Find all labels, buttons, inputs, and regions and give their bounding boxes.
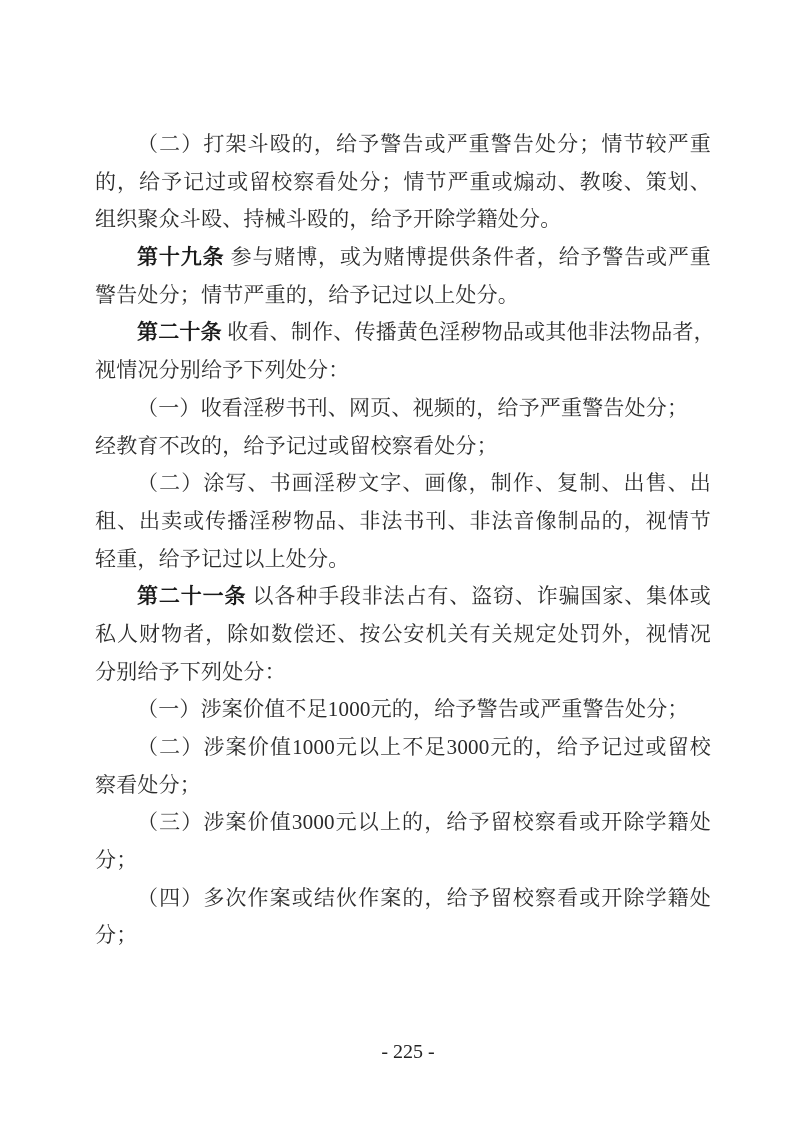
text-line: 察看处分；: [95, 767, 711, 805]
line-text: 租、出卖或传播淫秽物品、非法书刊、非法音像制品的，视情节: [95, 509, 711, 533]
line-text: 分别给予下列处分：: [95, 660, 286, 684]
line-text: 分；: [95, 848, 137, 872]
line-text: 组织聚众斗殴、持械斗殴的，给予开除学籍处分。: [95, 207, 561, 231]
line-text: （三）涉案价值3000元以上的，给予留校察看或开除学籍处: [137, 810, 711, 834]
text-line: （二）涉案价值1000元以上不足3000元的，给予记过或留校: [95, 729, 711, 767]
article-number: 第十九条: [137, 245, 224, 269]
page-number: - 225 -: [0, 1040, 800, 1064]
line-text: 视情况分别给予下列处分：: [95, 358, 349, 382]
text-line: （三）涉案价值3000元以上的，给予留校察看或开除学籍处: [95, 804, 711, 842]
line-text: 私人财物者，除如数偿还、按公安机关有关规定处罚外，视情况: [95, 622, 711, 646]
line-text: 经教育不改的，给予记过或留校察看处分；: [95, 434, 498, 458]
line-text: 察看处分；: [95, 773, 201, 797]
line-text: 警告处分；情节严重的，给予记过以上处分。: [95, 283, 519, 307]
text-line: （二）打架斗殴的，给予警告或严重警告处分；情节较严重: [95, 126, 711, 164]
text-line: 第二十条 收看、制作、传播黄色淫秽物品或其他非法物品者，: [95, 314, 711, 352]
text-line: 警告处分；情节严重的，给予记过以上处分。: [95, 277, 711, 315]
text-line: （一）收看淫秽书刊、网页、视频的，给予严重警告处分；: [95, 390, 711, 428]
text-line: 第十九条 参与赌博，或为赌博提供条件者，给予警告或严重: [95, 239, 711, 277]
text-line: 视情况分别给予下列处分：: [95, 352, 711, 390]
article-number: 第二十一条: [137, 584, 246, 608]
text-line: 第二十一条 以各种手段非法占有、盗窃、诈骗国家、集体或: [95, 578, 711, 616]
line-text: （二）涉案价值1000元以上不足3000元的，给予记过或留校: [137, 735, 711, 759]
text-line: （二）涂写、书画淫秽文字、画像，制作、复制、出售、出: [95, 465, 711, 503]
line-text: （二）涂写、书画淫秽文字、画像，制作、复制、出售、出: [137, 471, 711, 495]
line-text: 轻重，给予记过以上处分。: [95, 547, 349, 571]
line-text: （一）涉案价值不足1000元的，给予警告或严重警告处分；: [137, 697, 689, 721]
text-line: 租、出卖或传播淫秽物品、非法书刊、非法音像制品的，视情节: [95, 503, 711, 541]
line-text: 分；: [95, 923, 137, 947]
text-line: 私人财物者，除如数偿还、按公安机关有关规定处罚外，视情况: [95, 616, 711, 654]
document-text-block: （二）打架斗殴的，给予警告或严重警告处分；情节较严重的，给予记过或留校察看处分；…: [95, 126, 711, 955]
text-line: （一）涉案价值不足1000元的，给予警告或严重警告处分；: [95, 691, 711, 729]
line-text: 的，给予记过或留校察看处分；情节严重或煽动、教唆、策划、: [95, 170, 711, 194]
line-text: （一）收看淫秽书刊、网页、视频的，给予严重警告处分；: [137, 396, 688, 420]
line-text: 参与赌博，或为赌博提供条件者，给予警告或严重: [231, 245, 711, 269]
line-text: （四）多次作案或结伙作案的，给予留校察看或开除学籍处: [137, 886, 711, 910]
line-text: （二）打架斗殴的，给予警告或严重警告处分；情节较严重: [137, 132, 711, 156]
text-line: 的，给予记过或留校察看处分；情节严重或煽动、教唆、策划、: [95, 164, 711, 202]
text-line: 轻重，给予记过以上处分。: [95, 541, 711, 579]
text-line: （四）多次作案或结伙作案的，给予留校察看或开除学籍处: [95, 880, 711, 918]
text-line: 分别给予下列处分：: [95, 654, 711, 692]
text-line: 组织聚众斗殴、持械斗殴的，给予开除学籍处分。: [95, 201, 711, 239]
line-text: 以各种手段非法占有、盗窃、诈骗国家、集体或: [252, 584, 711, 608]
line-text: 收看、制作、传播黄色淫秽物品或其他非法物品者，: [227, 320, 715, 344]
text-line: 分；: [95, 917, 711, 955]
text-line: 分；: [95, 842, 711, 880]
text-line: 经教育不改的，给予记过或留校察看处分；: [95, 428, 711, 466]
article-number: 第二十条: [137, 320, 222, 344]
document-page: （二）打架斗殴的，给予警告或严重警告处分；情节较严重的，给予记过或留校察看处分；…: [0, 0, 800, 1131]
